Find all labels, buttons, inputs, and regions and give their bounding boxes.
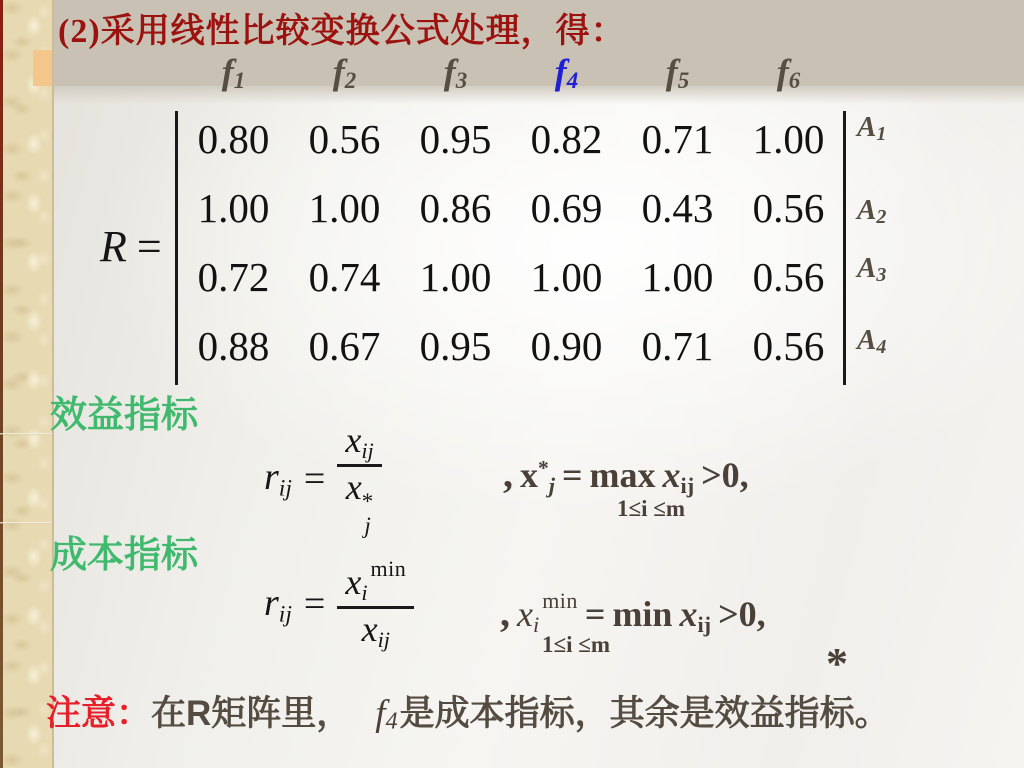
equals-sign: = (562, 454, 583, 496)
fraction-numerator: xij (337, 420, 381, 464)
matrix-cell: 0.95 (400, 115, 511, 163)
matrix-cell: 0.56 (733, 253, 844, 301)
fraction-denominator: xij (354, 609, 398, 653)
benefit-formula: rij = xij x*j (264, 420, 382, 539)
matrix-cell: 0.56 (733, 322, 844, 370)
footnote-asterisk: * (826, 638, 848, 689)
side-strip-seam (0, 433, 52, 435)
index-range: 1≤i ≤m (617, 496, 685, 522)
matrix-cell: 0.56 (733, 184, 844, 232)
matrix-cell: 0.90 (511, 322, 622, 370)
side-strip-seam (0, 522, 52, 524)
side-strip-edge (0, 0, 3, 768)
note-label: 注意： (46, 686, 151, 736)
equals-sign: = (304, 582, 325, 626)
equals-sign: = (137, 221, 162, 272)
matrix-cell: 0.82 (511, 115, 622, 163)
matrix-symbol-R: R (100, 221, 127, 272)
matrix-cell: 1.00 (178, 184, 289, 232)
matrix-cell: 0.67 (289, 322, 400, 370)
matrix-cell: 1.00 (733, 115, 844, 163)
matrix-cell: 0.43 (622, 184, 733, 232)
matrix-cell: 1.00 (289, 184, 400, 232)
matrix-cell: 0.88 (178, 322, 289, 370)
fraction-numerator: ximin (337, 556, 414, 606)
decorative-side-strip (0, 0, 54, 768)
matrix-cell: 1.00 (511, 253, 622, 301)
benefit-condition: , x*j = max xij >0, 1≤i ≤m (503, 450, 749, 499)
matrix-column-headers: f1 f2 f3 f4 f5 f6 (178, 54, 844, 92)
fraction-denominator: x*j (338, 467, 381, 539)
matrix-cell: 0.56 (289, 115, 400, 163)
column-header-f4: f4 (511, 54, 622, 92)
matrix-cell: 0.71 (622, 322, 733, 370)
note-pre-text: 在R矩阵里， (151, 686, 351, 736)
matrix-cell: 0.95 (400, 322, 511, 370)
comma: , (503, 450, 513, 497)
condition-arg: xij (663, 454, 695, 499)
cost-formula: rij = ximin xij (264, 556, 414, 653)
max-operator: max (590, 454, 656, 496)
comma: , (500, 589, 510, 636)
matrix-name: R = (100, 221, 162, 272)
cost-indicator-label: 成本指标 (50, 536, 198, 573)
fraction: xij x*j (337, 420, 381, 539)
matrix-cell: 0.72 (178, 253, 289, 301)
column-header-f3: f3 (400, 54, 511, 92)
slide-title: (2)采用线性比较变换公式处理，得： (58, 3, 626, 52)
cost-condition: , ximin = min xij >0, 1≤i ≤m (500, 588, 766, 638)
condition-arg: xij (679, 593, 711, 638)
min-operator: min (612, 593, 672, 635)
column-header-f6: f6 (733, 54, 844, 92)
formula-lhs: rij (264, 581, 292, 629)
column-header-f5: f5 (622, 54, 733, 92)
matrix-cell: 0.71 (622, 115, 733, 163)
condition-tail: >0, (718, 593, 766, 635)
column-header-f1: f1 (178, 54, 289, 92)
equals-sign: = (304, 457, 325, 501)
note-line: 注意： 在R矩阵里， f4 是成本指标，其余是效益指标。 (46, 686, 890, 736)
matrix-cell: 0.80 (178, 115, 289, 163)
row-label-A4: A4 (857, 326, 886, 357)
equals-sign: = (585, 593, 606, 635)
condition-lhs: x*j (520, 454, 555, 499)
condition-lhs: ximin (517, 588, 578, 638)
matrix-cell: 1.00 (622, 253, 733, 301)
formula-lhs: rij (264, 455, 292, 503)
matrix-cell: 0.69 (511, 184, 622, 232)
column-header-f2: f2 (289, 54, 400, 92)
row-label-A3: A3 (857, 254, 886, 285)
decorative-orange-chip (33, 50, 52, 86)
row-label-A1: A1 (857, 113, 886, 144)
note-post-text: 是成本指标，其余是效益指标。 (400, 686, 890, 736)
index-range: 1≤i ≤m (542, 632, 610, 658)
matrix-cell: 1.00 (400, 253, 511, 301)
condition-tail: >0, (701, 454, 749, 496)
note-f4-symbol: f4 (375, 692, 397, 736)
fraction: ximin xij (337, 556, 414, 653)
matrix-cell: 0.74 (289, 253, 400, 301)
matrix-values: 0.80 0.56 0.95 0.82 0.71 1.00 1.00 1.00 … (178, 104, 844, 380)
matrix-cell: 0.86 (400, 184, 511, 232)
benefit-indicator-label: 效益指标 (50, 396, 198, 433)
row-label-A2: A2 (857, 196, 886, 227)
